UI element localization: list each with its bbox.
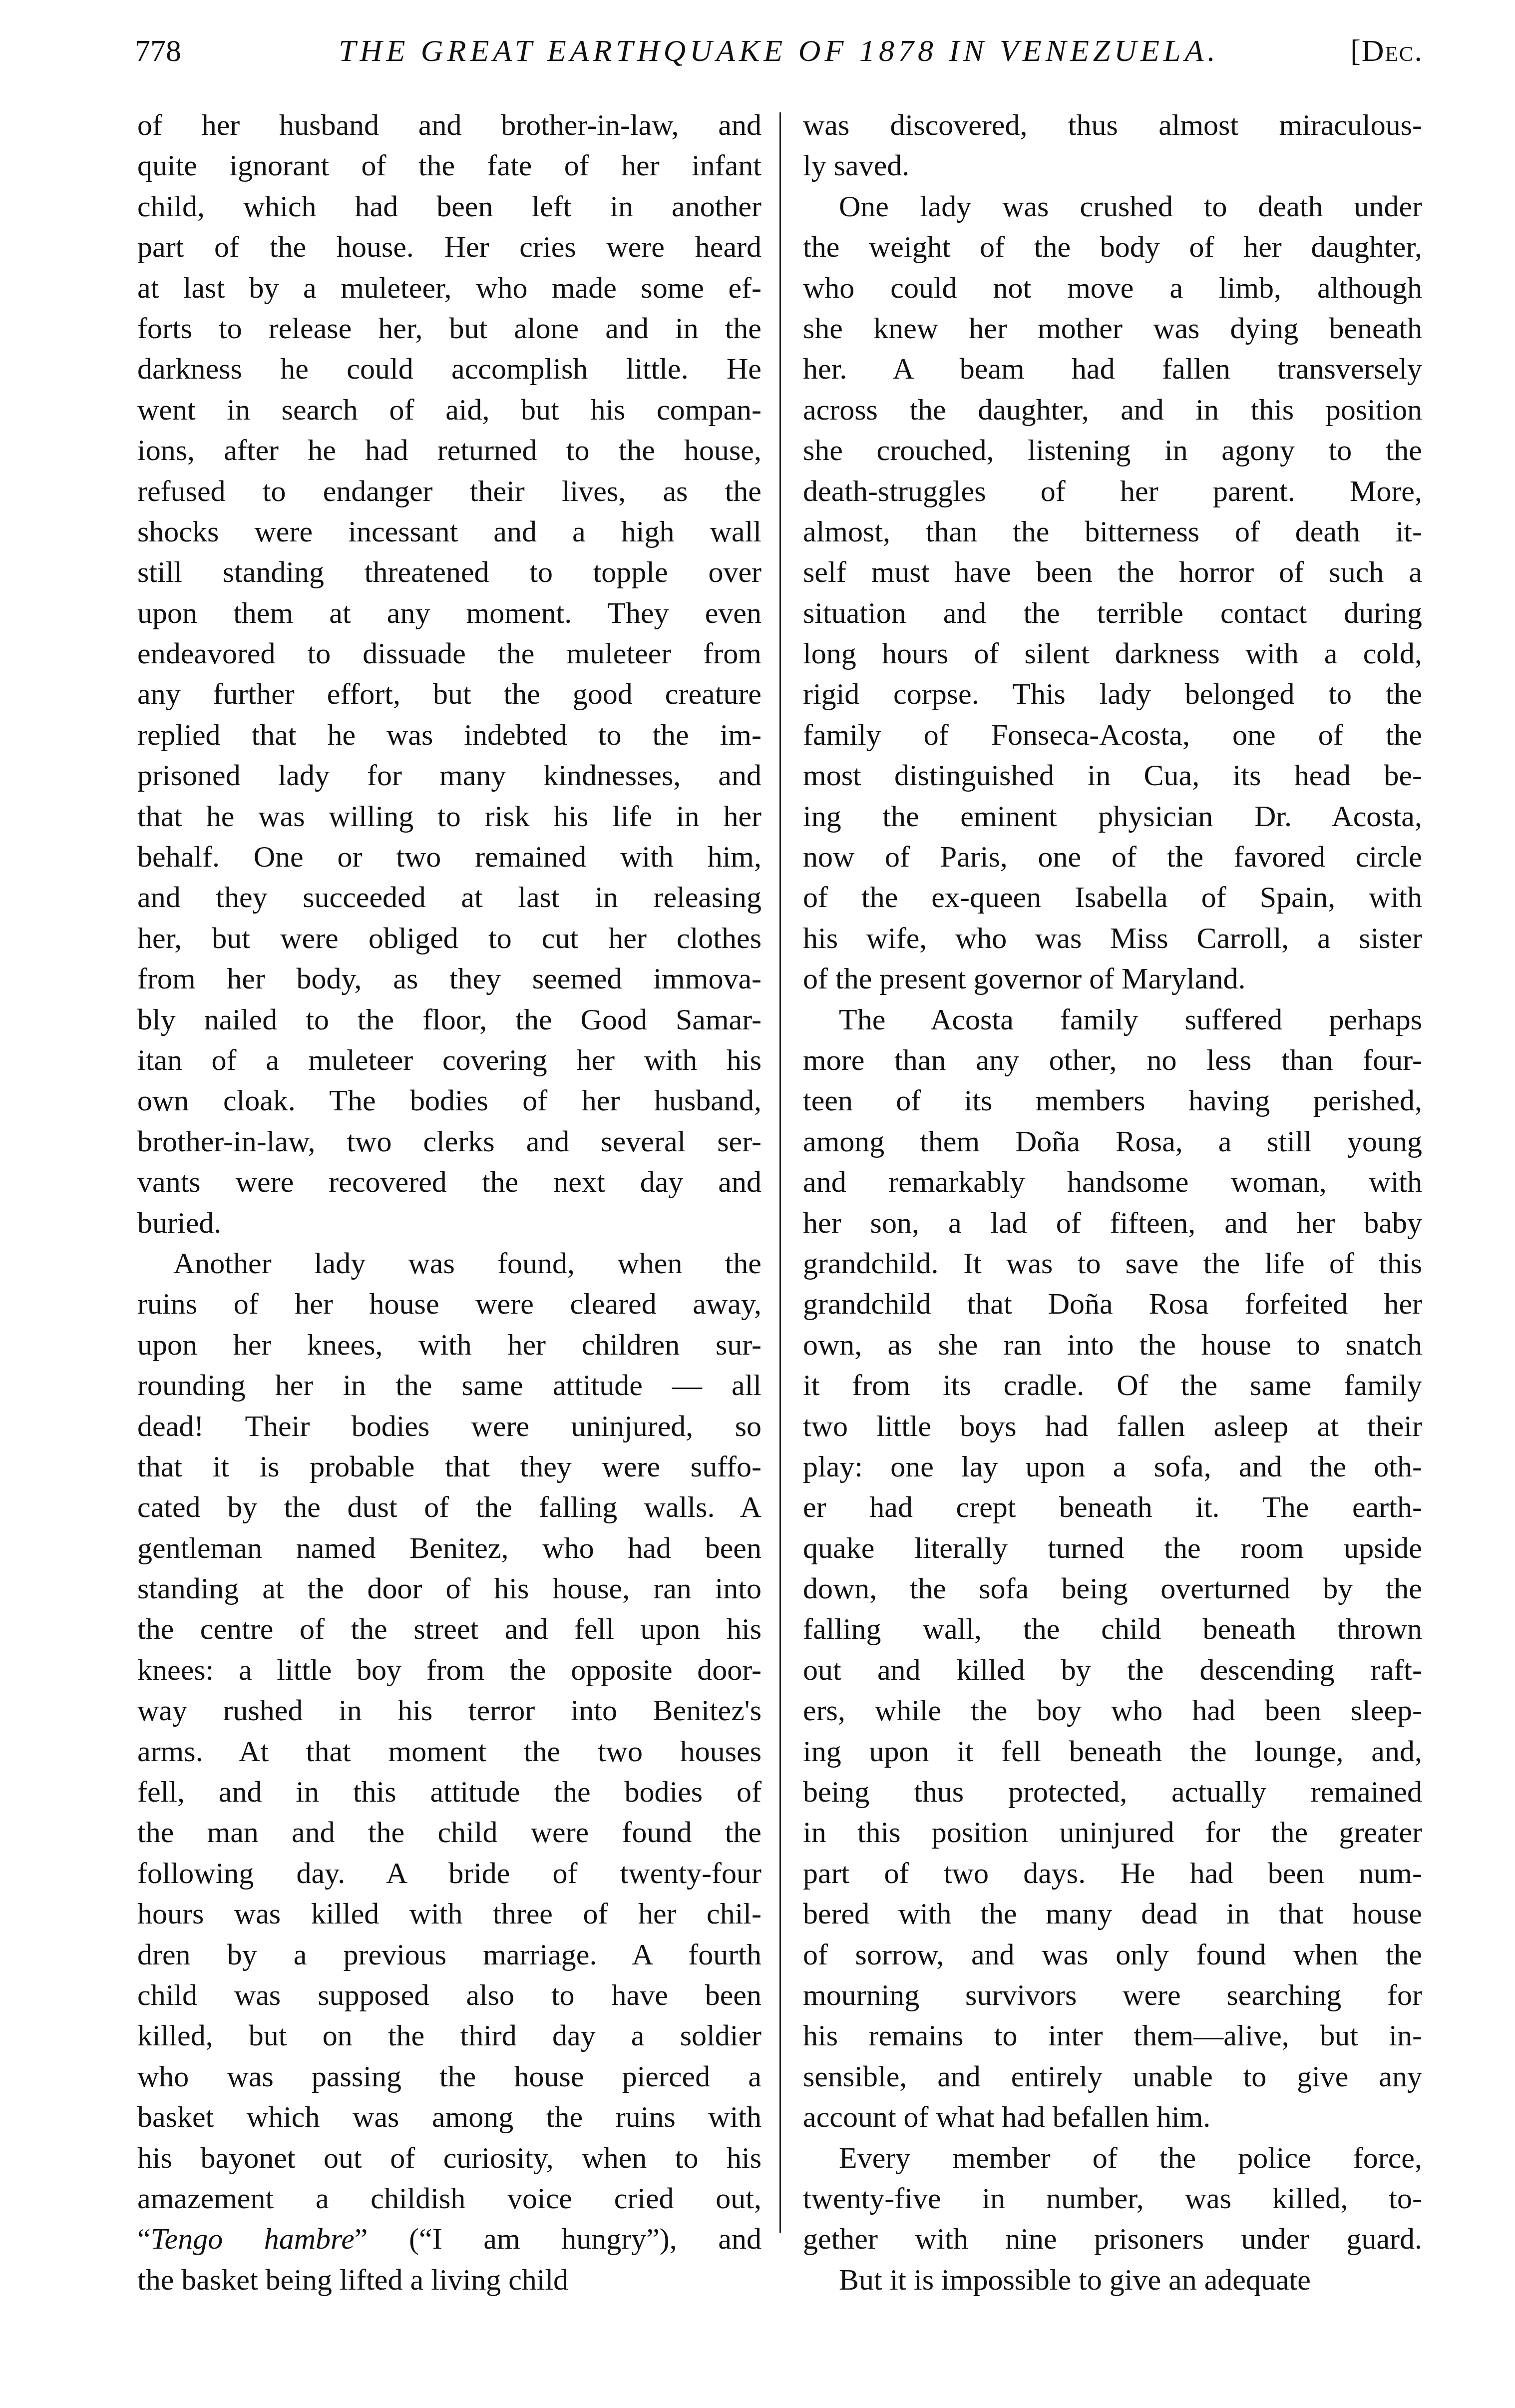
text-line: killed, but on the third day a soldier [137, 2015, 761, 2056]
text-line: her. A beam had fallen transversely [803, 349, 1422, 389]
text-line: her son, a lad of fifteen, and her baby [803, 1203, 1422, 1243]
text-line: buried. [137, 1203, 761, 1243]
text-line: bly nailed to the floor, the Good Samar- [137, 999, 761, 1040]
text-line: part of the house. Her cries were heard [137, 227, 761, 267]
text-line: own cloak. The bodies of her husband, [137, 1080, 761, 1121]
text-line: of the present governor of Maryland. [803, 959, 1422, 999]
text-line: arms. At that moment the two houses [137, 1731, 761, 1772]
text-line: ers, while the boy who had been sleep- [803, 1690, 1422, 1731]
text-line: and remarkably handsome woman, with [803, 1162, 1422, 1202]
text-line: being thus protected, actually remained [803, 1772, 1422, 1812]
text-line: replied that he was indebted to the im- [137, 715, 761, 755]
text-line: his bayonet out of curiosity, when to hi… [137, 2138, 761, 2178]
text-line: who was passing the house pierced a [137, 2056, 761, 2097]
text-line: quite ignorant of the fate of her infant [137, 145, 761, 186]
text-line: standing at the door of his house, ran i… [137, 1568, 761, 1609]
text-line: forts to release her, but alone and in t… [137, 308, 761, 349]
text-line: out and killed by the descending raft- [803, 1650, 1422, 1690]
text-line: long hours of silent darkness with a col… [803, 633, 1422, 674]
text-line: shocks were incessant and a high wall [137, 511, 761, 552]
text-line: rounding her in the same attitude — all [137, 1365, 761, 1406]
text-line: grandchild that Doña Rosa forfeited her [803, 1284, 1422, 1324]
section-mark: [Dec. [1350, 31, 1423, 71]
text-line: er had crept beneath it. The earth- [803, 1487, 1422, 1527]
text-line: sensible, and entirely unable to give an… [803, 2056, 1422, 2097]
text-line: her, but were obliged to cut her clothes [137, 918, 761, 959]
running-header: 778 THE GREAT EARTHQUAKE OF 1878 IN VENE… [135, 31, 1423, 71]
text-line: refused to endanger their lives, as the [137, 471, 761, 511]
text-line: endeavored to dissuade the muleteer from [137, 633, 761, 674]
text-line: fell, and in this attitude the bodies of [137, 1772, 761, 1812]
text-line: dren by a previous marriage. A fourth [137, 1934, 761, 1975]
text-line: she knew her mother was dying beneath [803, 308, 1422, 349]
text-line: falling wall, the child beneath thrown [803, 1609, 1422, 1649]
text-line: his remains to inter them—alive, but in- [803, 2015, 1422, 2056]
text-line: upon them at any moment. They even [137, 593, 761, 633]
text-line: following day. A bride of twenty-four [137, 1853, 761, 1894]
text-line: play: one lay upon a sofa, and the oth- [803, 1446, 1422, 1487]
text-line: bered with the many dead in that house [803, 1894, 1422, 1934]
text-line: Every member of the police force, [803, 2138, 1422, 2178]
text-line: knees: a little boy from the opposite do… [137, 1650, 761, 1690]
text-line: was discovered, thus almost miraculous- [803, 105, 1422, 145]
right-column: was discovered, thus almost miraculous-l… [803, 105, 1422, 2300]
text-line: from her body, as they seemed immova- [137, 959, 761, 999]
text-line: more than any other, no less than four- [803, 1040, 1422, 1080]
text-line: down, the sofa being overturned by the [803, 1568, 1422, 1609]
text-line: the centre of the street and fell upon h… [137, 1609, 761, 1649]
column-divider [779, 112, 781, 2233]
text-line: she crouched, listening in agony to the [803, 430, 1422, 471]
text-line: darkness he could accomplish little. He [137, 349, 761, 389]
text-line: way rushed in his terror into Benitez's [137, 1690, 761, 1731]
text-line: But it is impossible to give an adequate [803, 2260, 1422, 2300]
text-line: at last by a muleteer, who made some ef- [137, 268, 761, 308]
text-line: One lady was crushed to death under [803, 186, 1422, 227]
text-line: his wife, who was Miss Carroll, a sister [803, 918, 1422, 959]
text-line: dead! Their bodies were uninjured, so [137, 1406, 761, 1446]
text-line: of the ex-queen Isabella of Spain, with [803, 877, 1422, 918]
text-line: vants were recovered the next day and [137, 1162, 761, 1202]
text-line: “Tengo hambre” (“I am hungry”), and [137, 2219, 761, 2259]
text-line: basket which was among the ruins with [137, 2097, 761, 2137]
text-line: death-struggles of her parent. More, [803, 471, 1422, 511]
text-line: the basket being lifted a living child [137, 2260, 761, 2300]
text-line: prisoned lady for many kindnesses, and [137, 755, 761, 796]
text-line: family of Fonseca-Acosta, one of the [803, 715, 1422, 755]
italic-phrase: Tengo hambre [151, 2222, 355, 2255]
text-line: the weight of the body of her daughter, [803, 227, 1422, 267]
text-line: ions, after he had returned to the house… [137, 430, 761, 471]
left-column: of her husband and brother-in-law, andqu… [137, 105, 761, 2300]
text-line: mourning survivors were searching for [803, 1975, 1422, 2015]
text-line: account of what had befallen him. [803, 2097, 1422, 2137]
text-line: cated by the dust of the falling walls. … [137, 1487, 761, 1527]
text-line: behalf. One or two remained with him, [137, 837, 761, 877]
text-line: rigid corpse. This lady belonged to the [803, 674, 1422, 714]
text-line: ing upon it fell beneath the lounge, and… [803, 1731, 1422, 1772]
text-line: gentleman named Benitez, who had been [137, 1528, 761, 1568]
text-line: that he was willing to risk his life in … [137, 796, 761, 837]
running-title: THE GREAT EARTHQUAKE OF 1878 IN VENEZUEL… [135, 31, 1423, 71]
text-line: ly saved. [803, 145, 1422, 186]
text-line: that it is probable that they were suffo… [137, 1446, 761, 1487]
text-line: twenty-five in number, was killed, to- [803, 2178, 1422, 2219]
text-line: own, as she ran into the house to snatch [803, 1325, 1422, 1365]
text-line: most distinguished in Cua, its head be- [803, 755, 1422, 796]
text-line: who could not move a limb, although [803, 268, 1422, 308]
text-line: still standing threatened to topple over [137, 552, 761, 592]
text-line: quake literally turned the room upside [803, 1528, 1422, 1568]
text-line: gether with nine prisoners under guard. [803, 2219, 1422, 2259]
text-line: self must have been the horror of such a [803, 552, 1422, 592]
text-line: and they succeeded at last in releasing [137, 877, 761, 918]
text-line: in this position uninjured for the great… [803, 1812, 1422, 1853]
text-line: Another lady was found, when the [137, 1243, 761, 1284]
text-line: itan of a muleteer covering her with his [137, 1040, 761, 1080]
text-line: grandchild. It was to save the life of t… [803, 1243, 1422, 1284]
text-line: brother-in-law, two clerks and several s… [137, 1121, 761, 1162]
text-line: went in search of aid, but his compan- [137, 390, 761, 430]
text-line: situation and the terrible contact durin… [803, 593, 1422, 633]
text-line: upon her knees, with her children sur- [137, 1325, 761, 1365]
text-line: part of two days. He had been num- [803, 1853, 1422, 1894]
text-line: almost, than the bitterness of death it- [803, 511, 1422, 552]
text-line: any further effort, but the good creatur… [137, 674, 761, 714]
text-line: child was supposed also to have been [137, 1975, 761, 2015]
text-line: the man and the child were found the [137, 1812, 761, 1853]
text-line: hours was killed with three of her chil- [137, 1894, 761, 1934]
text-line: teen of its members having perished, [803, 1080, 1422, 1121]
text-line: ruins of her house were cleared away, [137, 1284, 761, 1324]
text-line: child, which had been left in another [137, 186, 761, 227]
text-line: of sorrow, and was only found when the [803, 1934, 1422, 1975]
text-line: among them Doña Rosa, a still young [803, 1121, 1422, 1162]
text-line: now of Paris, one of the favored circle [803, 837, 1422, 877]
text-line: it from its cradle. Of the same family [803, 1365, 1422, 1406]
text-line: across the daughter, and in this positio… [803, 390, 1422, 430]
text-line: The Acosta family suffered perhaps [803, 999, 1422, 1040]
text-line: amazement a childish voice cried out, [137, 2178, 761, 2219]
text-line: two little boys had fallen asleep at the… [803, 1406, 1422, 1446]
text-line: ing the eminent physician Dr. Acosta, [803, 796, 1422, 837]
text-line: of her husband and brother-in-law, and [137, 105, 761, 145]
